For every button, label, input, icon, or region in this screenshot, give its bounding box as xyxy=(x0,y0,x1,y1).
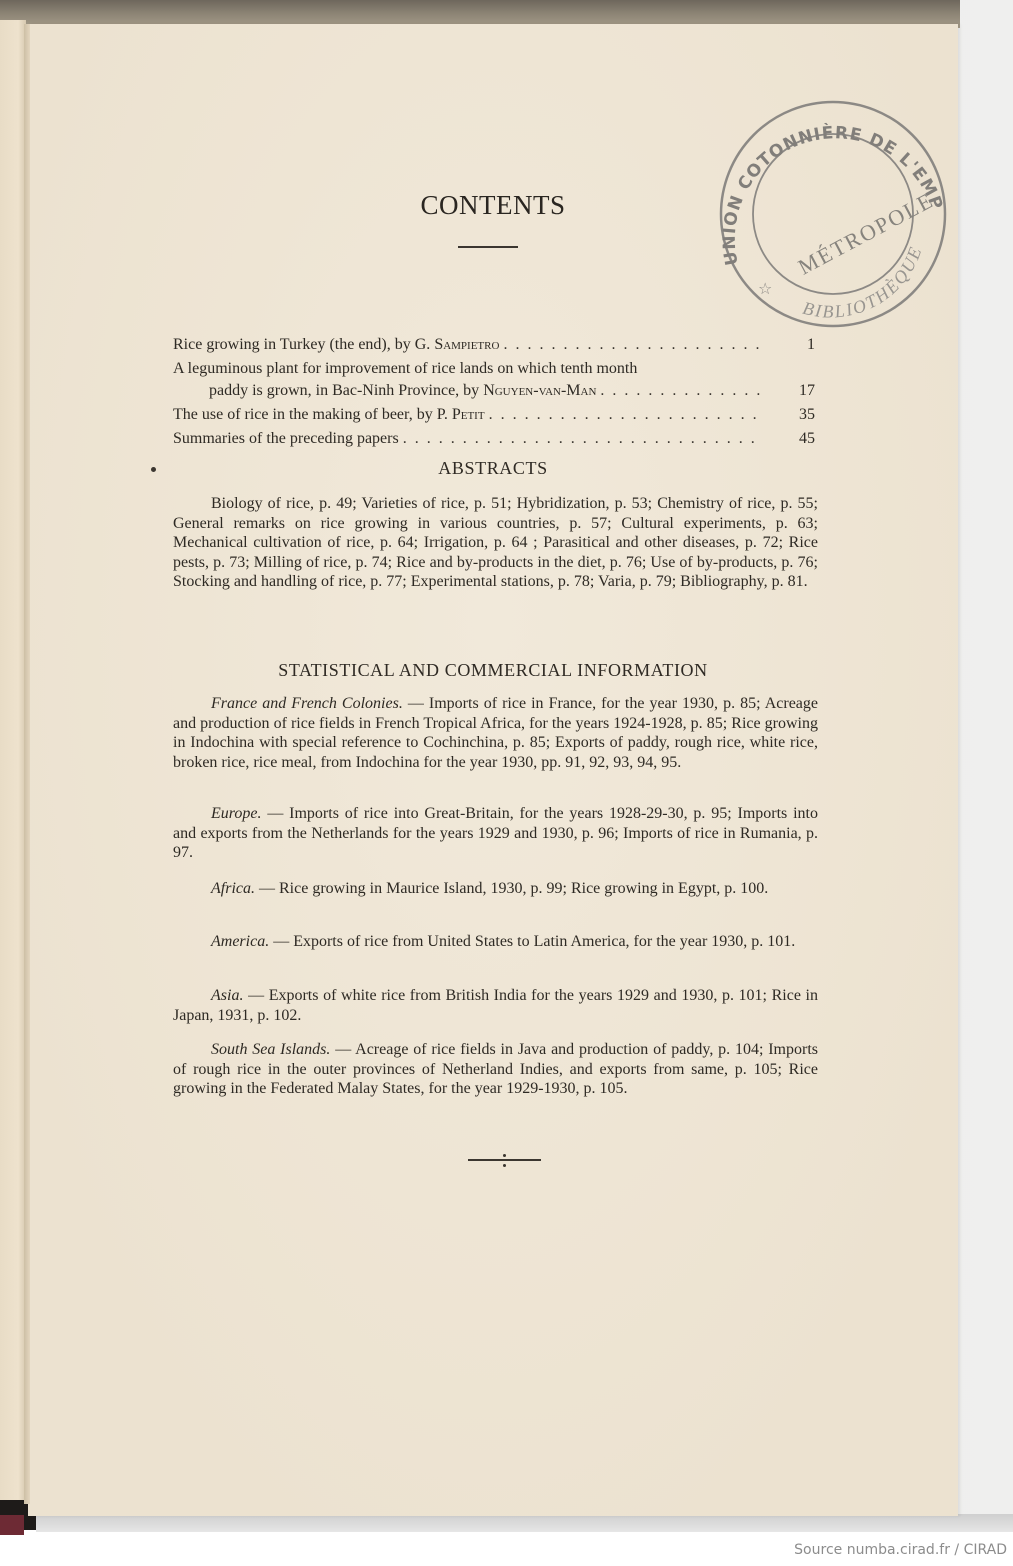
abstracts-heading: ABSTRACTS xyxy=(28,458,958,479)
region-label: Asia. xyxy=(211,987,243,1004)
facing-page-edge xyxy=(0,20,26,1500)
toc-entry-title: Rice growing in Turkey (the end), by G. xyxy=(173,336,434,353)
region-body: — Imports of rice into Great-Britain, fo… xyxy=(173,805,818,861)
stat-section-south-sea: South Sea Islands. — Acreage of rice fie… xyxy=(173,1040,818,1099)
toc-entry-title-line1: A leguminous plant for improvement of ri… xyxy=(173,358,815,380)
statistical-heading: STATISTICAL AND COMMERCIAL INFORMATION xyxy=(28,660,958,681)
toc-entry-author: Petit xyxy=(452,406,485,423)
leader-dots: . . . . . . . . . . . . . . . . . . . . … xyxy=(503,334,763,356)
region-body: — Exports of rice from United States to … xyxy=(269,933,795,950)
stat-section-france: France and French Colonies. — Imports of… xyxy=(173,694,818,772)
leader-dots: . . . . . . . . . . . . . . . . . . . . … xyxy=(489,404,763,426)
toc-entry: A leguminous plant for improvement of ri… xyxy=(173,358,815,402)
region-label: America. xyxy=(211,933,269,950)
end-ornament-rule xyxy=(468,1159,541,1161)
title-rule xyxy=(458,246,518,248)
table-of-contents: Rice growing in Turkey (the end), by G. … xyxy=(173,334,815,452)
region-body: — Exports of white rice from British Ind… xyxy=(173,987,818,1024)
source-credit: Source numba.cirad.fr / CIRAD xyxy=(794,1542,1007,1558)
leader-dots: . . . . . . . . . . . . . . . . . . . xyxy=(600,380,763,402)
region-label: Europe. xyxy=(211,805,262,822)
region-label: Africa. xyxy=(211,880,255,897)
toc-entry: Rice growing in Turkey (the end), by G. … xyxy=(173,334,815,356)
toc-entry-page: 35 xyxy=(767,404,815,426)
toc-entry: Summaries of the preceding papers . . . … xyxy=(173,428,815,450)
stat-section-america: America. — Exports of rice from United S… xyxy=(173,932,818,952)
toc-entry-page: 45 xyxy=(767,428,815,450)
toc-entry-title: The use of rice in the making of beer, b… xyxy=(173,406,452,423)
svg-text:☆: ☆ xyxy=(758,279,772,298)
toc-entry-author: Sampietro xyxy=(434,336,499,353)
stat-section-asia: Asia. — Exports of white rice from Briti… xyxy=(173,986,818,1025)
scan-bed-shadow xyxy=(36,1514,1013,1532)
abstracts-body: Biology of rice, p. 49; Varieties of ric… xyxy=(173,494,818,592)
toc-entry-title: paddy is grown, in Bac-Ninh Province, by xyxy=(209,382,483,399)
stat-section-africa: Africa. — Rice growing in Maurice Island… xyxy=(173,879,818,899)
leader-dots: . . . . . . . . . . . . . . . . . . . . … xyxy=(403,428,763,450)
document-page: UNION COTONNIÈRE DE L'EMPIRE FRANÇAIS MÉ… xyxy=(28,24,958,1516)
end-ornament-dot xyxy=(503,1154,506,1157)
toc-entry-page: 17 xyxy=(767,380,815,402)
toc-entry: The use of rice in the making of beer, b… xyxy=(173,404,815,426)
book-spine-ribbon xyxy=(0,1515,24,1535)
page-title: CONTENTS xyxy=(28,190,958,221)
region-label: South Sea Islands. xyxy=(211,1041,330,1058)
end-ornament-dot xyxy=(503,1164,506,1167)
region-body: — Rice growing in Maurice Island, 1930, … xyxy=(255,880,768,897)
region-label: France and French Colonies. xyxy=(211,695,403,712)
toc-entry-title: Summaries of the preceding papers xyxy=(173,430,399,447)
stat-section-europe: Europe. — Imports of rice into Great-Bri… xyxy=(173,804,818,863)
toc-entry-author: Nguyen-van-Man xyxy=(483,382,596,399)
page-gutter xyxy=(24,24,30,1504)
toc-entry-page: 1 xyxy=(767,334,815,356)
